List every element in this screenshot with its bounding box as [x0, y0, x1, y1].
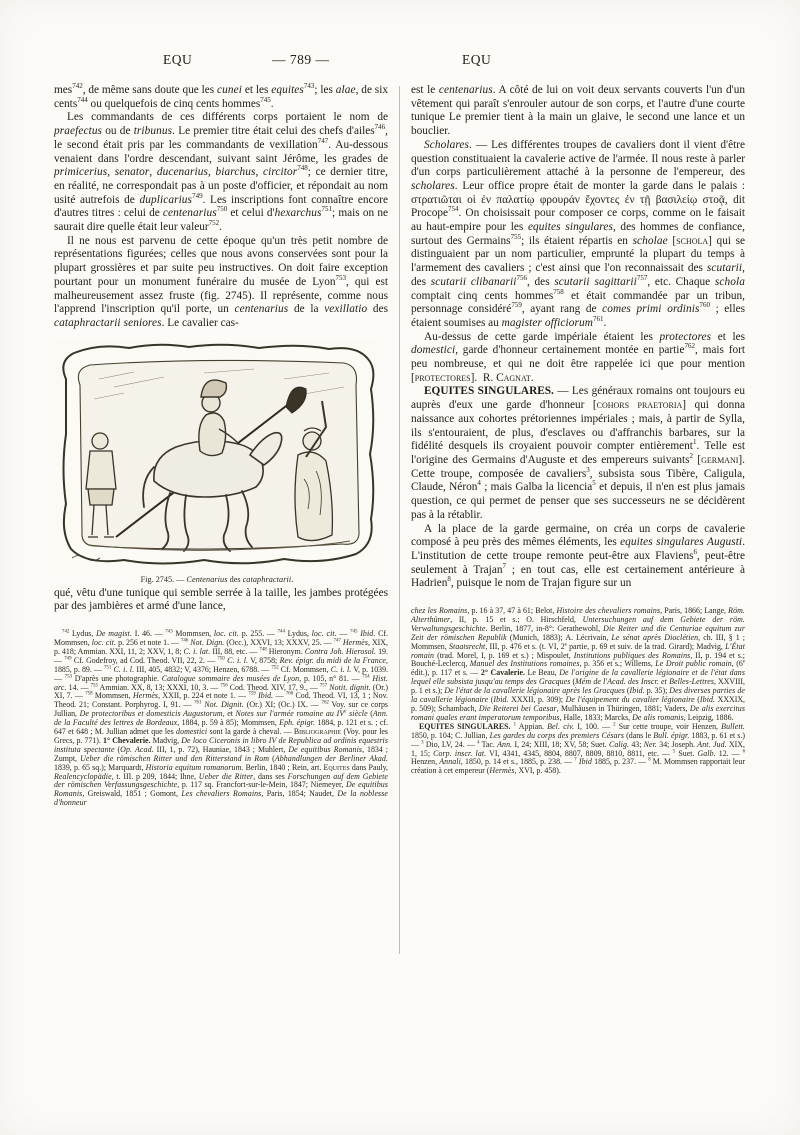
page-number: — 789 —	[272, 52, 330, 68]
running-title-left: EQU	[163, 52, 192, 68]
right-footnotes: chez les Romains, p. 16 à 37, 47 à 61; B…	[411, 607, 745, 776]
paragraph: Il ne nous est parvenu de cette époque q…	[54, 235, 388, 331]
funerary-relief-engraving	[54, 339, 380, 571]
paragraph: Au-dessus de cette garde impériale étaie…	[411, 331, 745, 386]
running-head: EQU — 789 — EQU	[0, 52, 800, 70]
scanned-page: EQU — 789 — EQU mes742, de même sans dou…	[0, 0, 800, 1135]
paragraph-equites-singulares-headword: EQUITES SINGULARES. — Les généraux romai…	[411, 385, 745, 522]
footnote-block: 742 Lydus, De magist. I. 46. — 743 Momms…	[54, 630, 388, 808]
paragraph: est le centenarius. A côté de lui on voi…	[411, 84, 745, 139]
paragraph: Scholares. — Les différentes troupes de …	[411, 139, 745, 331]
figure-caption: Fig. 2745. — Centenarius des cataphracta…	[54, 575, 380, 585]
paragraph: Les commandants de ces différents corps …	[54, 111, 388, 234]
column-divider-rule	[399, 86, 400, 954]
paragraph: mes742, de même sans doute que les cunei…	[54, 84, 388, 111]
left-column: mes742, de même sans doute que les cunei…	[54, 84, 388, 808]
footnote-block: chez les Romains, p. 16 à 37, 47 à 61; B…	[411, 607, 745, 723]
figure-2745: Fig. 2745. — Centenarius des cataphracta…	[54, 339, 380, 585]
footnote-block: EQUITES SINGULARES. 1 Appian. Bel. civ. …	[411, 723, 745, 776]
right-column: est le centenarius. A côté de lui on voi…	[411, 84, 745, 776]
running-title-right: EQU	[462, 52, 491, 68]
text-columns: mes742, de même sans doute que les cunei…	[54, 84, 745, 954]
paragraph: A la place de la garde germaine, on créa…	[411, 523, 745, 592]
left-footnotes: 742 Lydus, De magist. I. 46. — 743 Momms…	[54, 630, 388, 808]
paragraph: qué, vêtu d'une tunique qui semble serré…	[54, 587, 388, 614]
